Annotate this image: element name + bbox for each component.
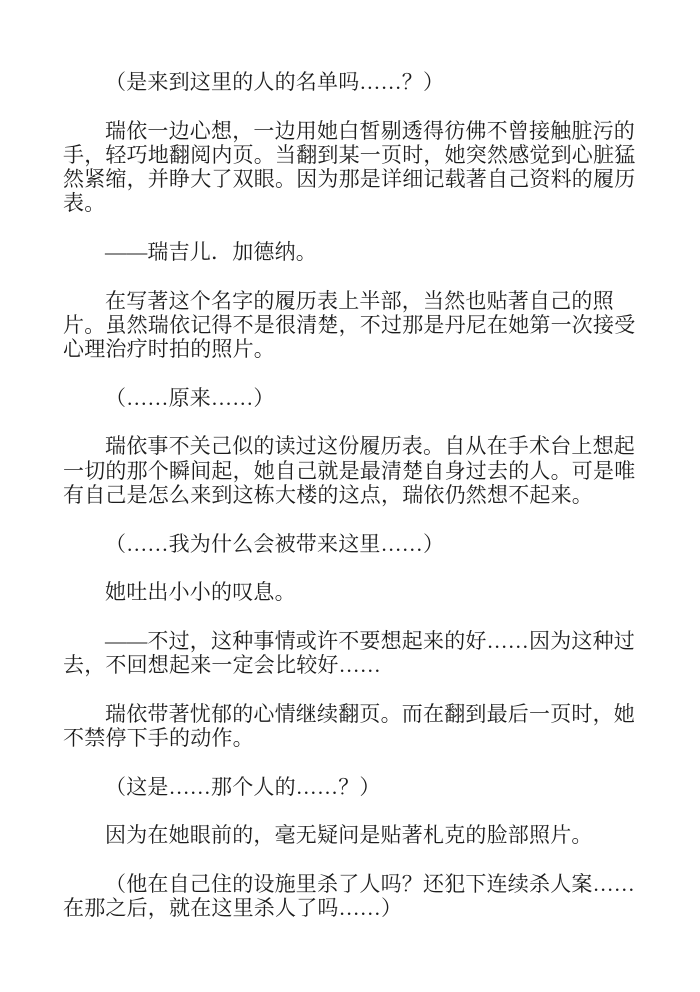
paragraph-monologue: （他在自己住的设施里杀了人吗？还犯下连续杀人案…… 在那之后，就在这里杀人了吗…… [63,872,645,921]
paragraph-monologue: （这是……那个人的……？） [63,775,645,799]
paragraph: 瑞依带著忧郁的心情继续翻页。而在翻到最后一页时，她 不禁停下手的动作。 [63,702,645,751]
novel-page: （是来到这里的人的名单吗……？） 瑞依一边心想，一边用她白皙剔透得彷佛不曾接触脏… [0,0,700,992]
paragraph: 瑞依一边心想，一边用她白皙剔透得彷佛不曾接触脏污的 手，轻巧地翻阅内页。当翻到某… [63,119,645,216]
paragraph: 在写著这个名字的履历表上半部，当然也贴著自己的照 片。虽然瑞依记得不是很清楚，不… [63,289,645,362]
paragraph-monologue: （是来到这里的人的名单吗……？） [63,70,645,94]
paragraph: 她吐出小小的叹息。 [63,580,645,604]
paragraph-monologue: （……我为什么会被带来这里……） [63,532,645,556]
paragraph-dash-line: ——不过，这种事情或许不要想起来的好……因为这种过 去，不回想起来一定会比较好…… [63,629,645,678]
paragraph: 瑞依事不关己似的读过这份履历表。自从在手术台上想起 一切的那个瞬间起，她自己就是… [63,434,645,507]
paragraph: 因为在她眼前的，毫无疑问是贴著札克的脸部照片。 [63,823,645,847]
paragraph-name-line: ——瑞吉儿．加德纳。 [63,240,645,264]
paragraph-monologue: （……原来……） [63,386,645,410]
